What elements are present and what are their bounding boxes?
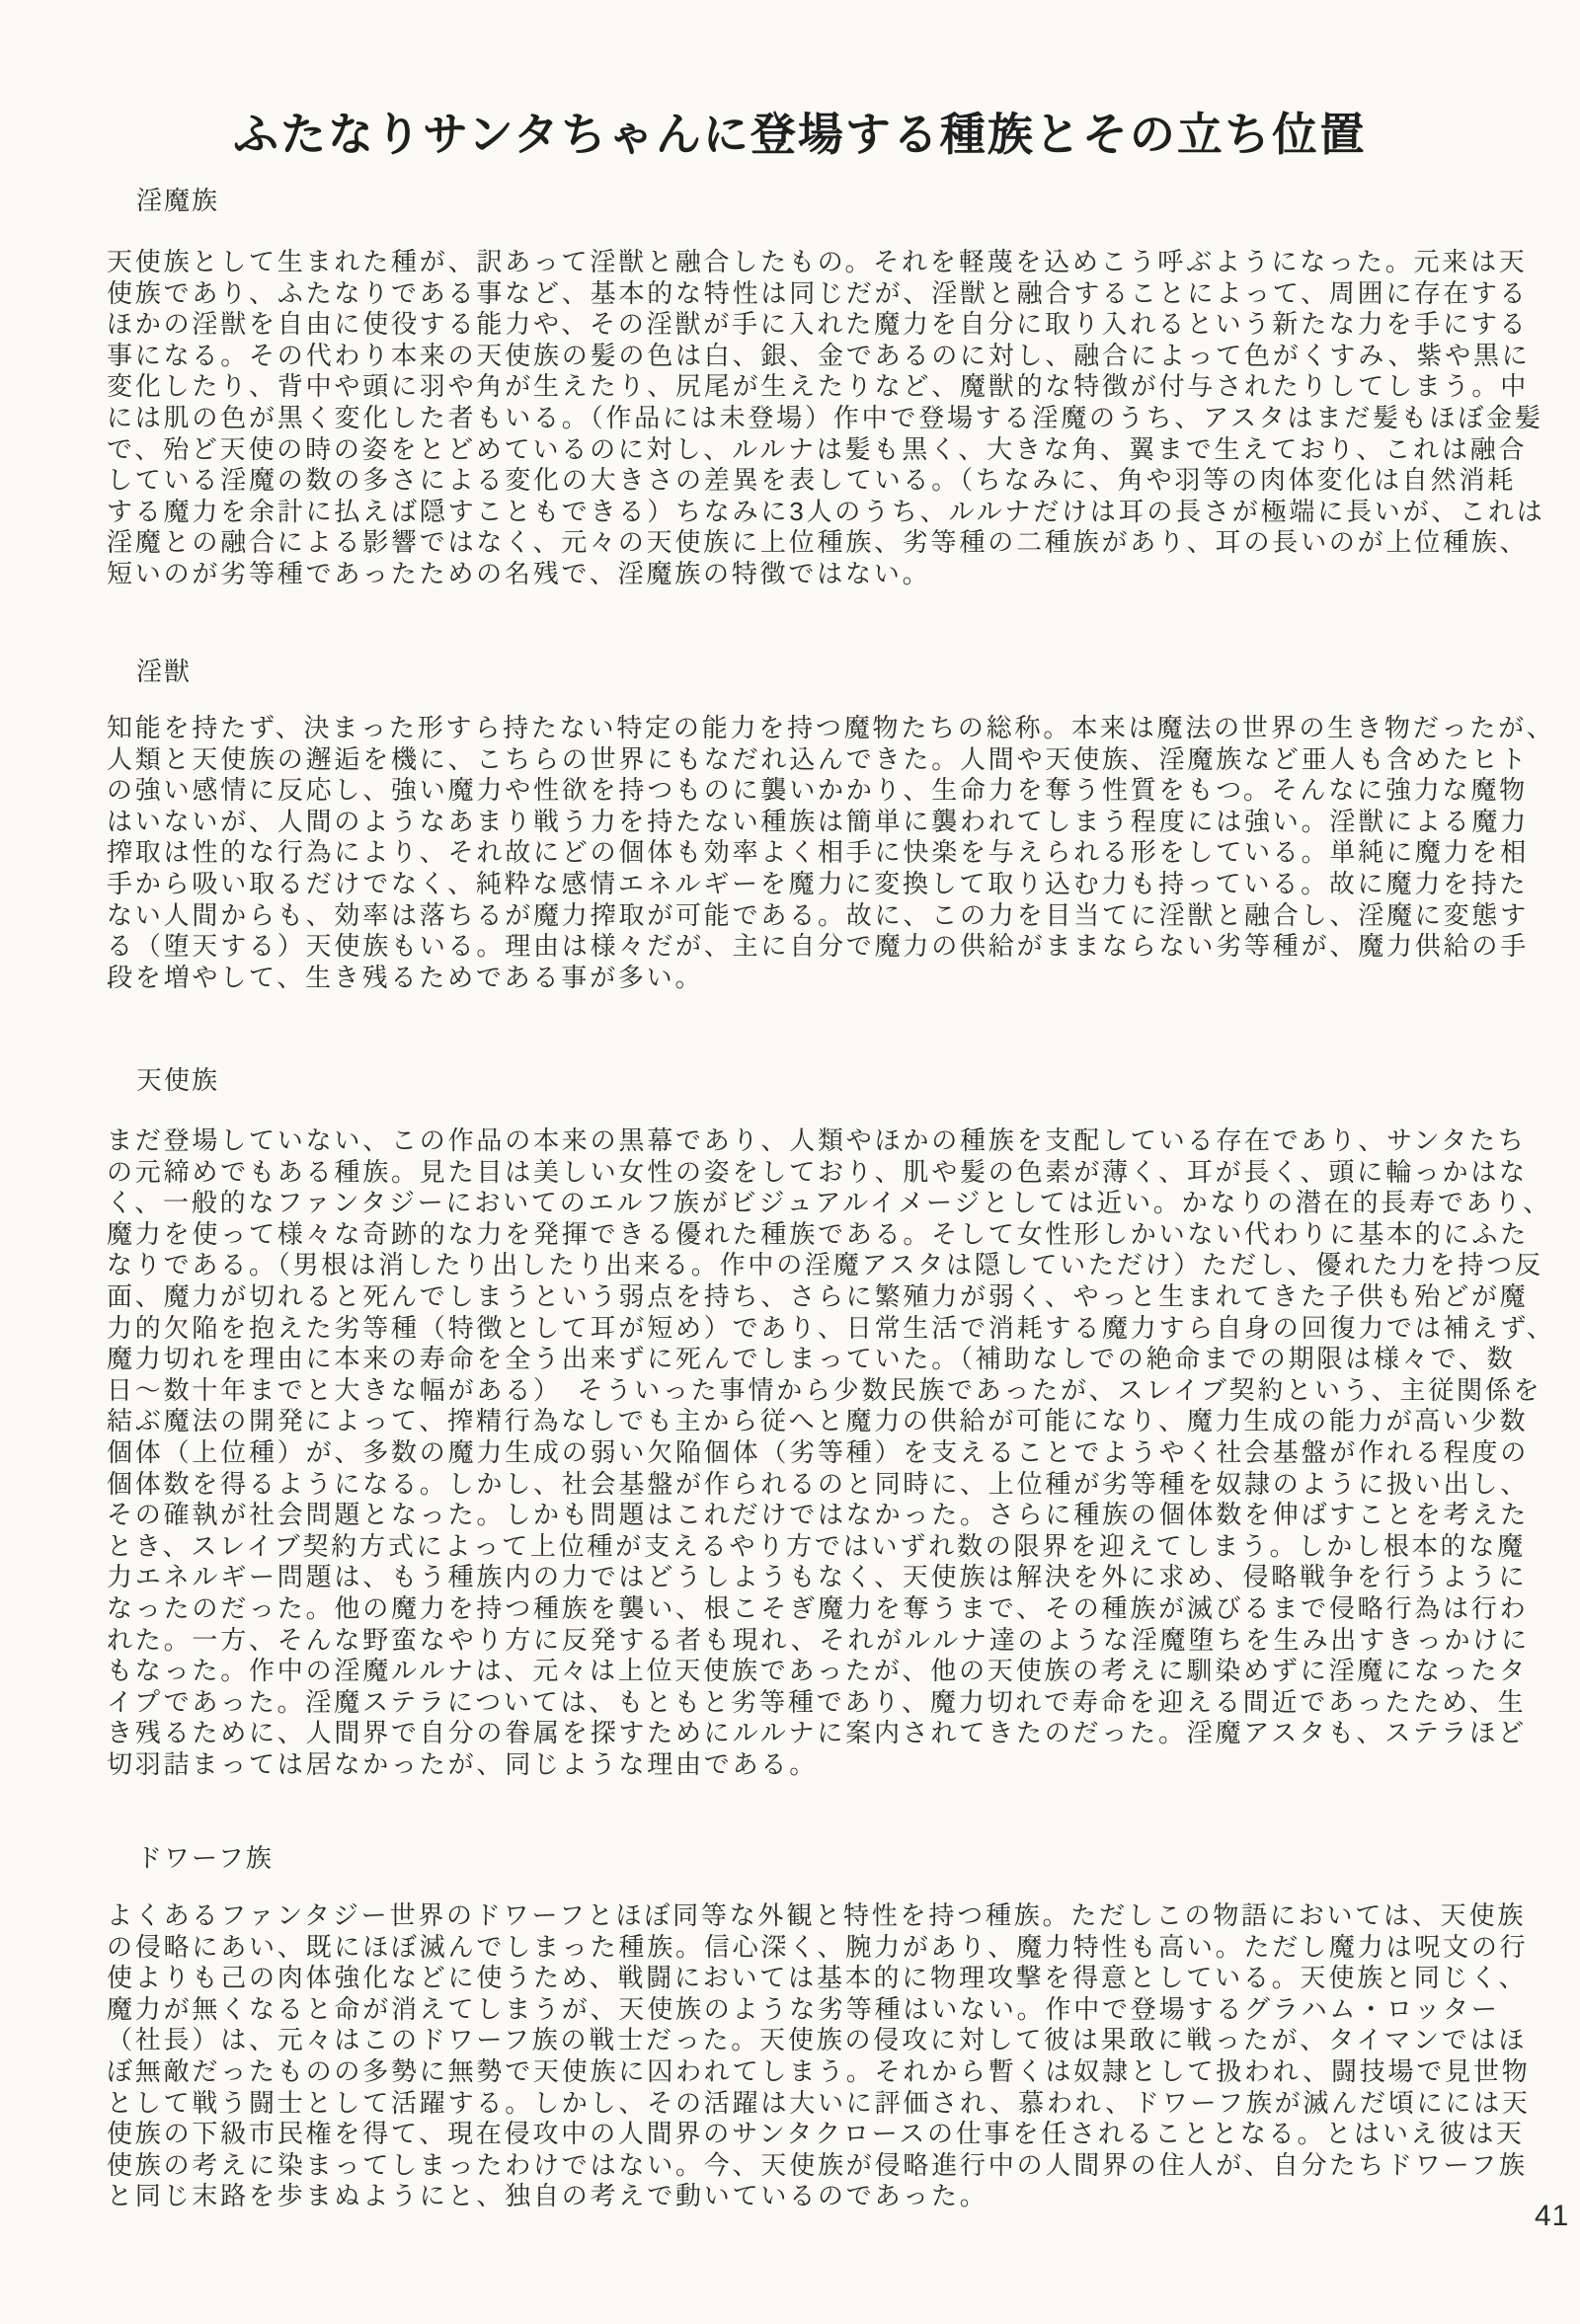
text-line: 魔力を使って様々な奇跡的な力を発揮できる優れた種族である。そして女性形しかいない… (107, 1219, 1529, 1251)
section-paragraph: 天使族として生まれた種が、訳あって淫獣と融合したもの。それを軽蔑を込めこう呼ぶよ… (107, 247, 1529, 590)
text-line: として戦う闘士として活躍する。しかし、その活躍は大いに評価され、慕われ、ドワーフ… (107, 2088, 1529, 2120)
text-line: れた。一方、そんな野蛮なやり方に反発する者も現れ、それがルルナ達のような淫魔堕ち… (107, 1625, 1529, 1657)
text-line: 使族の下級市民権を得て、現在侵攻中の人間界のサンタクロースの仕事を任されることと… (107, 2119, 1529, 2150)
page-number: 41 (1535, 2200, 1569, 2233)
section-heading: ドワーフ族 (136, 1838, 274, 1875)
text-line: なりである。（男根は消したり出したり出来る。作中の淫魔アスタは隠していただけ）た… (107, 1250, 1529, 1281)
section-paragraph: まだ登場していない、この作品の本来の黒幕であり、人類やほかの種族を支配している存… (107, 1125, 1529, 1780)
text-line: る（堕天する）天使族もいる。理由は様々だが、主に自分で魔力の供給がままならない劣… (107, 931, 1529, 963)
text-line: 人類と天使族の邂逅を機に、こちらの世界にもなだれ込んできた。人間や天使族、淫魔族… (107, 744, 1529, 776)
section-heading: 淫獣 (136, 652, 192, 688)
text-line: とき、スレイブ契約方式によって上位種が支えるやり方ではいずれ数の限界を迎えてしま… (107, 1531, 1529, 1563)
text-line: 使族であり、ふたなりである事など、基本的な特性は同じだが、淫獣と融合することによ… (107, 278, 1529, 310)
text-line: と同じ末路を歩まぬようにと、独自の考えで動いているのであった。 (107, 2181, 1529, 2212)
text-line: 力的欠陥を抱えた劣等種（特徴として耳が短め）であり、日常生活で消耗する魔力すら自… (107, 1313, 1529, 1345)
text-line: 使よりも己の肉体強化などに使うため、戦闘においては基本的に物理攻撃を得意としてい… (107, 1963, 1529, 1994)
text-line: はいないが、人間のようなあまり戦う力を持たない種族は簡単に襲われてしまう程度には… (107, 807, 1529, 838)
text-line: 日～数十年までと大きな幅がある） そういった事情から少数民族であったが、スレイブ… (107, 1375, 1529, 1407)
text-line: の強い感情に反応し、強い魔力や性欲を持つものに襲いかかり、生命力を奪う性質をもつ… (107, 775, 1529, 807)
text-line: なったのだった。他の魔力を持つ種族を襲い、根こそぎ魔力を奪うまで、その種族が滅び… (107, 1593, 1529, 1625)
text-line: 事になる。その代わり本来の天使族の髪の色は白、銀、金であるのに対し、融合によって… (107, 341, 1529, 372)
text-line: 手から吸い取るだけでなく、純粋な感情エネルギーを魔力に変換して取り込む力も持って… (107, 869, 1529, 900)
text-line: 淫魔との融合による影響ではなく、元々の天使族に上位種族、劣等種の二種族があり、耳… (107, 527, 1529, 559)
section-paragraph: よくあるファンタジー世界のドワーフとほぼ同等な外観と特性を持つ種族。ただしこの物… (107, 1900, 1529, 2212)
text-line: 面、魔力が切れると死んでしまうという弱点を持ち、さらに繁殖力が弱く、やっと生まれ… (107, 1281, 1529, 1313)
text-line: 天使族として生まれた種が、訳あって淫獣と融合したもの。それを軽蔑を込めこう呼ぶよ… (107, 247, 1529, 278)
section-heading: 淫魔族 (136, 181, 219, 217)
text-line: 個体数を得るようになる。しかし、社会基盤が作られるのと同時に、上位種が劣等種を奴… (107, 1469, 1529, 1501)
text-line: で、殆ど天使の時の姿をとどめているのに対し、ルルナは髪も黒く、大きな角、翼まで生… (107, 434, 1529, 466)
text-line: 使族の考えに染まってしまったわけではない。今、天使族が侵略進行中の人間界の住人が… (107, 2150, 1529, 2182)
text-line: 魔力切れを理由に本来の寿命を全う出来ずに死んでしまっていた。（補助なしでの絶命ま… (107, 1344, 1529, 1375)
section-heading: 天使族 (136, 1060, 219, 1097)
text-line: 短いのが劣等種であったための名残で、淫魔族の特徴ではない。 (107, 559, 1529, 590)
text-line: ほかの淫獣を自由に使役する能力や、その淫獣が手に入れた魔力を自分に取り入れるとい… (107, 309, 1529, 341)
text-line: 魔力が無くなると命が消えてしまうが、天使族のような劣等種はいない。作中で登場する… (107, 1994, 1529, 2026)
text-line: まだ登場していない、この作品の本来の黒幕であり、人類やほかの種族を支配している存… (107, 1125, 1529, 1157)
section-paragraph: 知能を持たず、決まった形すら持たない特定の能力を持つ魔物たちの総称。本来は魔法の… (107, 713, 1529, 993)
text-line: 結ぶ魔法の開発によって、搾精行為なしでも主から従へと魔力の供給が可能になり、魔力… (107, 1406, 1529, 1437)
text-line: ぼ無敵だったものの多勢に無勢で天使族に囚われてしまう。それから暫くは奴隷として扱… (107, 2056, 1529, 2088)
text-line: の侵略にあい、既にほぼ滅んでしまった種族。信心深く、腕力があり、魔力特性も高い。… (107, 1932, 1529, 1964)
text-line: 段を増やして、生き残るためである事が多い。 (107, 963, 1529, 994)
text-line: 搾取は性的な行為により、それ故にどの個体も効率よく相手に快楽を与えられる形をして… (107, 837, 1529, 869)
text-line: ない人間からも、効率は落ちるが魔力搾取が可能である。故に、この力を目当てに淫獣と… (107, 900, 1529, 932)
text-line: 個体（上位種）が、多数の魔力生成の弱い欠陥個体（劣等種）を支えることでようやく社… (107, 1437, 1529, 1469)
text-line: （社長）は、元々はこのドワーフ族の戦士だった。天使族の侵攻に対して彼は果敢に戦っ… (107, 2025, 1529, 2056)
text-line: もなった。作中の淫魔ルルナは、元々は上位天使族であったが、他の天使族の考えに馴染… (107, 1656, 1529, 1687)
text-line: よくあるファンタジー世界のドワーフとほぼ同等な外観と特性を持つ種族。ただしこの物… (107, 1900, 1529, 1932)
text-line: の元締めでもある種族。見た目は美しい女性の姿をしており、肌や髪の色素が薄く、耳が… (107, 1157, 1529, 1189)
document-page: ふたなりサンタちゃんに登場する種族とその立ち位置 淫魔族天使族として生まれた種が… (0, 0, 1580, 2324)
page-title: ふたなりサンタちゃんに登場する種族とその立ち位置 (233, 99, 1367, 164)
text-line: その確執が社会問題となった。しかも問題はこれだけではなかった。さらに種族の個体数… (107, 1500, 1529, 1531)
text-line: 切羽詰まっては居なかったが、同じような理由である。 (107, 1749, 1529, 1781)
text-line: には肌の色が黒く変化した者もいる。（作品には未登場）作中で登場する淫魔のうち、ア… (107, 403, 1529, 434)
text-line: 変化したり、背中や頭に羽や角が生えたり、尻尾が生えたりなど、魔獣的な特徴が付与さ… (107, 371, 1529, 403)
text-line: き残るために、人間界で自分の眷属を探すためにルルナに案内されてきたのだった。淫魔… (107, 1718, 1529, 1749)
text-line: している淫魔の数の多さによる変化の大きさの差異を表している。（ちなみに、角や羽等… (107, 465, 1529, 497)
text-line: 知能を持たず、決まった形すら持たない特定の能力を持つ魔物たちの総称。本来は魔法の… (107, 713, 1529, 744)
text-line: する魔力を余計に払えば隠すこともできる）ちなみに3人のうち、ルルナだけは耳の長さ… (107, 497, 1529, 528)
text-line: く、一般的なファンタジーにおいてのエルフ族がビジュアルイメージとしては近い。かな… (107, 1188, 1529, 1219)
text-line: 力エネルギー問題は、もう種族内の力ではどうしようもなく、天使族は解決を外に求め、… (107, 1562, 1529, 1593)
text-line: イプであった。淫魔ステラについては、もともと劣等種であり、魔力切れで寿命を迎える… (107, 1687, 1529, 1719)
